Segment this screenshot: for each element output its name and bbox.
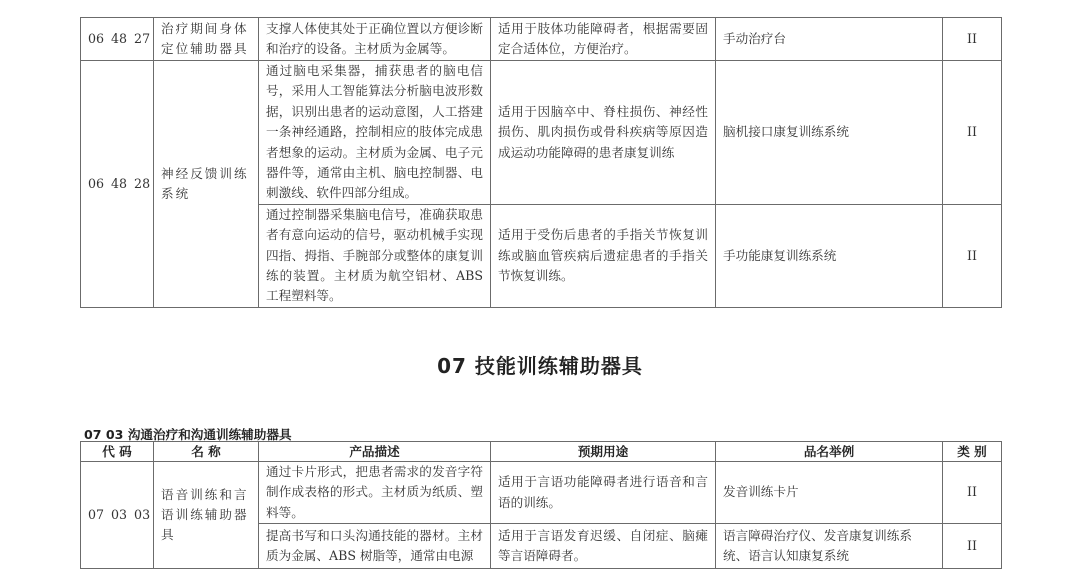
- table-row: 06 48 28 神经反馈训练系统 通过脑电采集器，捕获患者的脑电信号，采用人工…: [81, 61, 1002, 205]
- examples-cell: 手动治疗台: [716, 18, 943, 61]
- table-header-row: 代 码 名 称 产品描述 预期用途 品名举例 类 别: [81, 442, 1002, 462]
- intended-use-cell: 适用于言语功能障碍者进行语音和言语的训练。: [491, 462, 716, 524]
- table-row: 06 48 27 治疗期间身体定位辅助器具 支撑人体使其处于正确位置以方便诊断和…: [81, 18, 1002, 61]
- header-intended-use: 预期用途: [491, 442, 716, 462]
- examples-cell: 手功能康复训练系统: [716, 204, 943, 307]
- class-cell: II: [943, 462, 1002, 524]
- intended-use-cell: 适用于受伤后患者的手指关节恢复训练或脑血管疾病后遗症患者的手指关节恢复训练。: [491, 204, 716, 307]
- description-cell: 通过脑电采集器，捕获患者的脑电信号，采用人工智能算法分析脑电波形数据，识别出患者…: [259, 61, 491, 205]
- name-cell: 神经反馈训练系统: [154, 61, 259, 308]
- description-cell: 通过控制器采集脑电信号，准确获取患者有意向运动的信号，驱动机械手实现四指、拇指、…: [259, 204, 491, 307]
- class-cell: II: [943, 61, 1002, 205]
- table-row: 07 03 03 语音训练和言语训练辅助器具 通过卡片形式，把患者需求的发音字符…: [81, 462, 1002, 524]
- class-cell: II: [943, 18, 1002, 61]
- header-description: 产品描述: [259, 442, 491, 462]
- chapter-title: 07 技能训练辅助器具: [0, 350, 1080, 379]
- description-cell: 提高书写和口头沟通技能的器材。主材质为金属、ABS 树脂等，通常由电源: [259, 524, 491, 569]
- header-examples: 品名举例: [716, 442, 943, 462]
- device-catalog-table-06: 06 48 27 治疗期间身体定位辅助器具 支撑人体使其处于正确位置以方便诊断和…: [80, 17, 1002, 308]
- intended-use-cell: 适用于言语发育迟缓、自闭症、脑瘫等言语障碍者。: [491, 524, 716, 569]
- code-cell: 06 48 28: [81, 61, 154, 308]
- header-name: 名 称: [154, 442, 259, 462]
- description-cell: 通过卡片形式，把患者需求的发音字符制作成表格的形式。主材质为纸质、塑料等。: [259, 462, 491, 524]
- name-cell: 语音训练和言语训练辅助器具: [154, 462, 259, 569]
- description-cell: 支撑人体使其处于正确位置以方便诊断和治疗的设备。主材质为金属等。: [259, 18, 491, 61]
- header-class: 类 别: [943, 442, 1002, 462]
- class-cell: II: [943, 204, 1002, 307]
- examples-cell: 发音训练卡片: [716, 462, 943, 524]
- code-cell: 06 48 27: [81, 18, 154, 61]
- device-catalog-table-07: 代 码 名 称 产品描述 预期用途 品名举例 类 别 07 03 03 语音训练…: [80, 441, 1002, 569]
- examples-cell: 语言障碍治疗仪、发音康复训练系统、语言认知康复系统: [716, 524, 943, 569]
- intended-use-cell: 适用于肢体功能障碍者，根据需要固定合适体位，方便治疗。: [491, 18, 716, 61]
- examples-cell: 脑机接口康复训练系统: [716, 61, 943, 205]
- name-cell: 治疗期间身体定位辅助器具: [154, 18, 259, 61]
- header-code: 代 码: [81, 442, 154, 462]
- class-cell: II: [943, 524, 1002, 569]
- intended-use-cell: 适用于因脑卒中、脊柱损伤、神经性损伤、肌肉损伤或骨科疾病等原因造成运动功能障碍的…: [491, 61, 716, 205]
- code-cell: 07 03 03: [81, 462, 154, 569]
